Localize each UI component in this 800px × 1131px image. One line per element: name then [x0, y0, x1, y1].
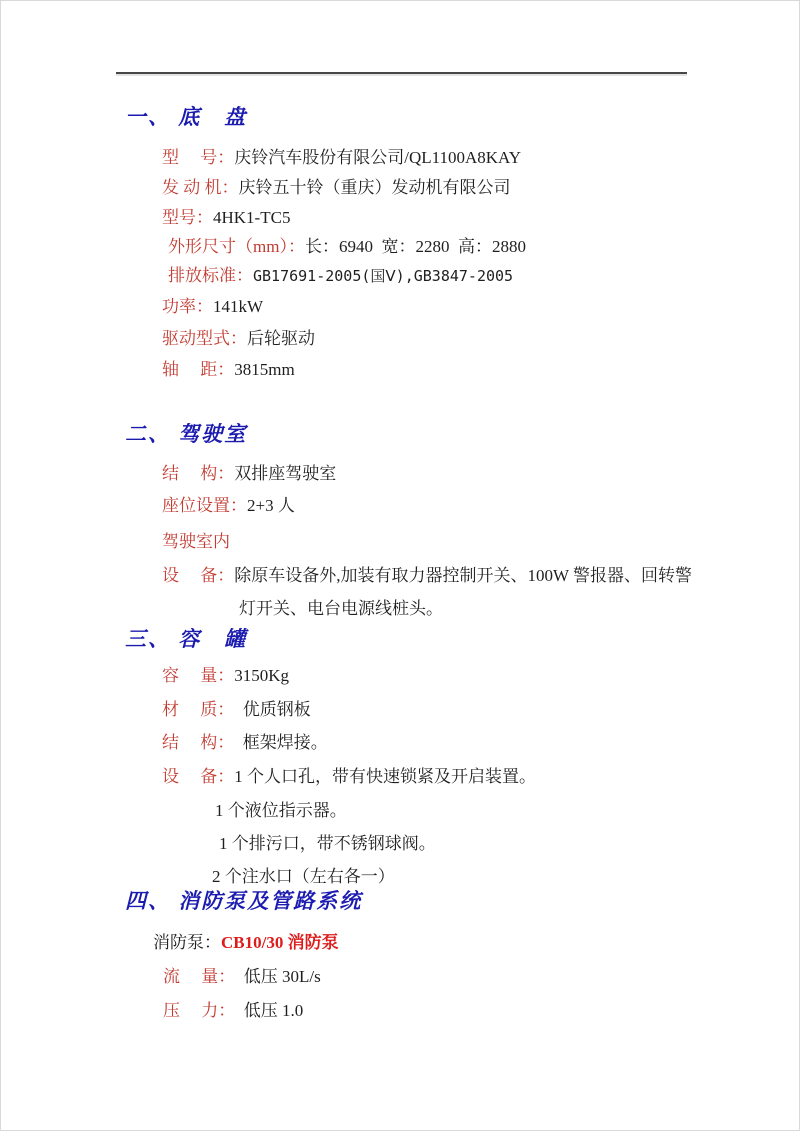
spec-value: 庆铃五十铃（重庆）发动机有限公司 [239, 178, 511, 197]
spec-value: 4HK1-TC5 [213, 208, 290, 227]
spec-value: 除原车设备外,加装有取力器控制开关、100W 警报器、回转警 [234, 566, 692, 585]
spec-row-engine-model: 型号：4HK1-TC5 [162, 208, 290, 228]
spec-row-dimensions: 外形尺寸（mm）：长：6940 宽：2280 高：2880 [168, 237, 526, 257]
spec-value: 3150Kg [234, 666, 289, 685]
spec-row-tank-equipment: 设 备：1 个人口孔，带有快速锁紧及开启装置。 [162, 767, 536, 787]
spec-value: 长：6940 宽：2280 高：2880 [305, 237, 526, 256]
spec-row-power: 功率：141kW [162, 297, 263, 317]
spec-value: 框架焊接。 [226, 733, 328, 752]
section-1-heading: 一、 底 盘 [125, 107, 247, 128]
spec-label: 型 号： [162, 148, 234, 167]
spec-value: 优质钢板 [226, 700, 311, 719]
spec-value: 后轮驱动 [247, 329, 315, 348]
header-horizontal-rule [116, 72, 687, 74]
spec-label: 驱动型式： [162, 329, 247, 348]
spec-row-seats: 座位设置：2+3 人 [162, 496, 295, 516]
spec-row-cab-equipment: 设 备：除原车设备外,加装有取力器控制开关、100W 警报器、回转警 [162, 566, 692, 586]
spec-value: 1 个液位指示器。 [215, 801, 347, 820]
spec-value: 双排座驾驶室 [234, 464, 336, 483]
spec-row-wheelbase: 轴 距：3815mm [162, 360, 295, 380]
spec-value: GB17691-2005(国Ⅴ),GB3847-2005 [253, 267, 513, 285]
spec-label: 结 构： [162, 733, 226, 752]
spec-value: 2 个注水口（左右各一） [212, 867, 395, 886]
spec-row-pressure: 压 力： 低压 1.0 [163, 1001, 303, 1021]
spec-row-tank-structure: 结 构： 框架焊接。 [162, 733, 328, 753]
section-3-heading: 三、 容 罐 [125, 629, 247, 650]
spec-label: 外形尺寸（mm）： [168, 237, 305, 256]
spec-value: 3815mm [234, 360, 294, 379]
section-4-heading: 四、 消防泵及管路系统 [125, 891, 362, 912]
spec-row-flow-rate: 流 量： 低压 30L/s [163, 967, 321, 987]
spec-row-emission-standard: 排放标准：GB17691-2005(国Ⅴ),GB3847-2005 [168, 266, 513, 286]
spec-label: 驾驶室内 [162, 532, 230, 551]
spec-value: 2+3 人 [247, 496, 295, 515]
spec-value: 141kW [213, 297, 263, 316]
spec-row-cab-structure: 结 构：双排座驾驶室 [162, 464, 336, 484]
spec-label: 流 量： [163, 967, 227, 986]
spec-label: 结 构： [162, 464, 234, 483]
spec-row-tank-equipment-item2: 1 个液位指示器。 [215, 801, 347, 821]
spec-value: 1 个人口孔，带有快速锁紧及开启装置。 [234, 767, 536, 786]
spec-value: 低压 30L/s [227, 967, 321, 986]
spec-row-tank-material: 材 质： 优质钢板 [162, 700, 311, 720]
spec-label: 座位设置： [162, 496, 247, 515]
spec-label: 材 质： [162, 700, 226, 719]
spec-label: 型号： [162, 208, 213, 227]
spec-label: 发 动 机： [162, 178, 239, 197]
spec-label: 压 力： [163, 1001, 227, 1020]
spec-row-tank-equipment-item3: 1 个排污口，带不锈钢球阀。 [219, 834, 436, 854]
spec-row-engine-maker: 发 动 机：庆铃五十铃（重庆）发动机有限公司 [162, 178, 511, 198]
spec-document-page: 一、 底 盘 型 号：庆铃汽车股份有限公司/QL1100A8KAY 发 动 机：… [0, 0, 800, 1131]
spec-label: 功率： [162, 297, 213, 316]
spec-value: 低压 1.0 [227, 1001, 304, 1020]
spec-value: 1 个排污口，带不锈钢球阀。 [219, 834, 436, 853]
spec-row-cab-interior: 驾驶室内 [162, 532, 230, 552]
spec-label: 设 备： [162, 566, 234, 585]
spec-row-tank-capacity: 容 量：3150Kg [162, 666, 289, 686]
spec-label: 设 备： [162, 767, 234, 786]
section-2-heading: 二、 驾驶室 [125, 424, 247, 445]
spec-label: 消防泵： [153, 933, 221, 952]
spec-value: 庆铃汽车股份有限公司/QL1100A8KAY [234, 148, 521, 167]
spec-row-fire-pump: 消防泵：CB10/30 消防泵 [153, 933, 339, 953]
spec-label: 轴 距： [162, 360, 234, 379]
spec-value: CB10/30 消防泵 [221, 933, 339, 952]
spec-row-tank-equipment-item4: 2 个注水口（左右各一） [212, 867, 395, 887]
spec-row-drive-type: 驱动型式：后轮驱动 [162, 329, 315, 349]
spec-label: 排放标准： [168, 266, 253, 285]
spec-row-model: 型 号：庆铃汽车股份有限公司/QL1100A8KAY [162, 148, 521, 168]
spec-value: 灯开关、电台电源线桩头。 [239, 599, 443, 618]
spec-label: 容 量： [162, 666, 234, 685]
spec-row-cab-equipment-cont: 灯开关、电台电源线桩头。 [239, 599, 443, 619]
